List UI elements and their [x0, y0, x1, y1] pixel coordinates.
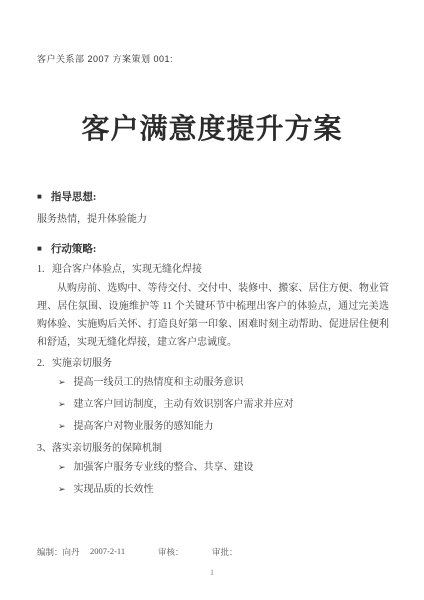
item-number: 1.	[37, 262, 52, 277]
document-page: 客户关系部 2007 方案策划 001: 客户满意度提升方案 ■指导思想: 服务…	[0, 0, 424, 600]
bullet-text: 实现品质的长效性	[74, 484, 154, 495]
strategy-heading-label: 行动策略:	[51, 244, 97, 255]
footer-prepared-by: 编制：向丹	[37, 546, 80, 558]
footer-approve-label: 审批：	[212, 546, 238, 558]
bullet-text: 提高客户对物业服务的感知能力	[74, 421, 214, 432]
arrow-bullet-icon: ➢	[58, 482, 66, 496]
arrow-bullet-icon: ➢	[58, 397, 66, 411]
list-item: ➢建立客户回访制度，主动有效识别客户需求并应对	[37, 397, 389, 412]
strategy-item-2-bullets: ➢提高一线员工的热情度和主动服务意识 ➢建立客户回访制度，主动有效识别客户需求并…	[37, 375, 389, 434]
list-item: ➢实现品质的长效性	[37, 482, 389, 497]
document-header: 客户关系部 2007 方案策划 001:	[37, 52, 173, 65]
item-title: 落实亲切服务的保障机制	[52, 443, 162, 454]
item-number: 3、	[37, 441, 52, 456]
item-number: 2.	[37, 356, 52, 371]
strategy-item-3: 3、落实亲切服务的保障机制	[37, 441, 389, 456]
guiding-body-text: 服务热情，提升体验能力	[37, 213, 389, 226]
strategy-item-1: 1.迎合客户体验点，实现无缝化焊接	[37, 262, 389, 277]
document-footer: 编制：向丹 2007-2-11 审核： 审批：	[37, 546, 389, 558]
bullet-text: 建立客户回访制度，主动有效识别客户需求并应对	[74, 399, 294, 410]
footer-review-label: 审核：	[158, 546, 184, 558]
page-title: 客户满意度提升方案	[0, 107, 424, 147]
list-item: ➢加强客户服务专业线的整合、共享、建设	[37, 460, 389, 475]
section-heading-strategy: ■行动策略:	[37, 243, 389, 256]
document-body: ■指导思想: 服务热情，提升体验能力 ■行动策略: 1.迎合客户体验点，实现无缝…	[37, 191, 389, 504]
arrow-bullet-icon: ➢	[58, 460, 66, 474]
footer-date: 2007-2-11	[90, 546, 125, 556]
list-item: ➢提高一线员工的热情度和主动服务意识	[37, 375, 389, 390]
bullet-text: 加强客户服务专业线的整合、共享、建设	[74, 462, 254, 473]
page-number: 1	[0, 568, 424, 577]
square-bullet-icon: ■	[37, 192, 42, 201]
arrow-bullet-icon: ➢	[58, 419, 66, 433]
bullet-text: 提高一线员工的热情度和主动服务意识	[74, 377, 244, 388]
section-heading-guiding: ■指导思想:	[37, 191, 389, 204]
list-item: ➢提高客户对物业服务的感知能力	[37, 419, 389, 434]
strategy-item-3-bullets: ➢加强客户服务专业线的整合、共享、建设 ➢实现品质的长效性	[37, 460, 389, 497]
strategy-item-1-paragraph: 从购房前、选购中、等待交付、交付中、装修中、搬家、居住方便、物业管理、居住氛围、…	[37, 280, 389, 352]
arrow-bullet-icon: ➢	[58, 375, 66, 389]
strategy-item-2: 2.实施亲切服务	[37, 356, 389, 371]
guiding-heading-label: 指导思想:	[51, 192, 97, 203]
item-title: 实施亲切服务	[52, 358, 112, 369]
item-title: 迎合客户体验点，实现无缝化焊接	[52, 264, 202, 275]
square-bullet-icon: ■	[37, 244, 42, 253]
